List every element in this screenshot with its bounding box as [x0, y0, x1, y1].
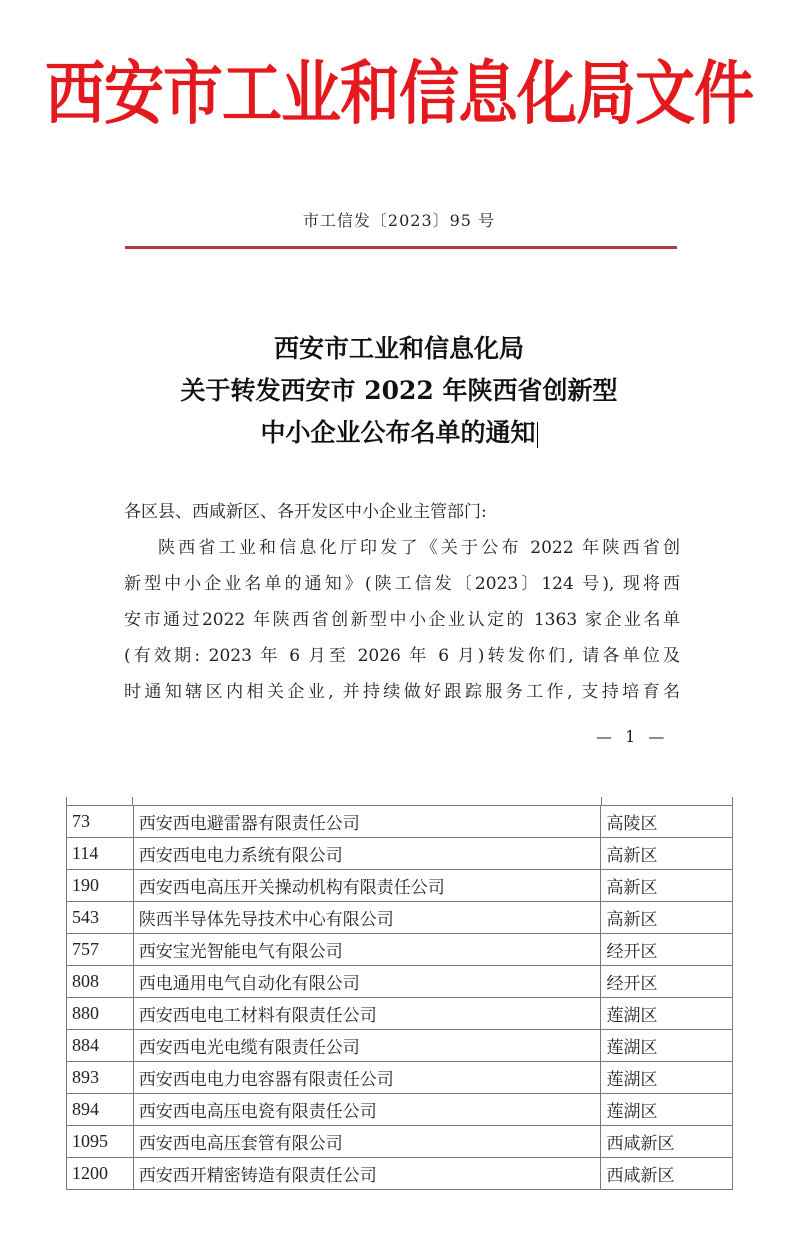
- company-name: 西安西电光电缆有限责任公司: [133, 1030, 601, 1062]
- table-row: 1095西安西电高压套管有限公司西咸新区: [67, 1126, 733, 1158]
- document-masthead: 西安市工业和信息化局文件: [0, 48, 798, 140]
- table-row: 543陕西半导体先导技术中心有限公司高新区: [67, 902, 733, 934]
- company-name: 西安西电避雷器有限责任公司: [133, 806, 601, 838]
- district-name: 高新区: [601, 902, 733, 934]
- company-name: 西安西开精密铸造有限责任公司: [133, 1158, 601, 1190]
- body-line-2: 新型中小企业名单的通知》(陕工信发〔2023〕124 号), 现将西: [124, 566, 680, 602]
- company-name: 西安西电高压套管有限公司: [133, 1126, 601, 1158]
- title-line-2: 关于转发西安市 2022 年陕西省创新型: [0, 370, 798, 412]
- row-number: 543: [67, 902, 134, 934]
- body-line-1: 陕西省工业和信息化厅印发了《关于公布 2022 年陕西省创: [124, 530, 680, 566]
- table-row: 73西安西电避雷器有限责任公司高陵区: [67, 806, 733, 838]
- district-name: 经开区: [601, 934, 733, 966]
- body-line-5: 时通知辖区内相关企业, 并持续做好跟踪服务工作, 支持培育名: [124, 674, 680, 710]
- company-name: 西安西电高压电瓷有限责任公司: [133, 1094, 601, 1126]
- row-number: 808: [67, 966, 134, 998]
- row-number: 880: [67, 998, 134, 1030]
- table-row: 114西安西电电力系统有限公司高新区: [67, 838, 733, 870]
- table-border-stub: [732, 797, 733, 805]
- district-name: 高新区: [601, 838, 733, 870]
- district-name: 西咸新区: [601, 1158, 733, 1190]
- title-line-3: 中小企业公布名单的通知: [0, 412, 798, 454]
- row-number: 884: [67, 1030, 134, 1062]
- row-number: 1095: [67, 1126, 134, 1158]
- district-name: 高新区: [601, 870, 733, 902]
- title-line-3-text: 中小企业公布名单的通知: [260, 418, 535, 447]
- table-row: 757西安宝光智能电气有限公司经开区: [67, 934, 733, 966]
- row-number: 114: [67, 838, 134, 870]
- company-name: 西电通用电气自动化有限公司: [133, 966, 601, 998]
- table-row: 808西电通用电气自动化有限公司经开区: [67, 966, 733, 998]
- red-divider-rule: [125, 246, 677, 249]
- row-number: 894: [67, 1094, 134, 1126]
- district-name: 高陵区: [601, 806, 733, 838]
- row-number: 73: [67, 806, 134, 838]
- table-row: 880西安西电电工材料有限责任公司莲湖区: [67, 998, 733, 1030]
- row-number: 1200: [67, 1158, 134, 1190]
- enterprise-list-table: 73西安西电避雷器有限责任公司高陵区114西安西电电力系统有限公司高新区190西…: [66, 805, 733, 1190]
- body-line-4: (有效期: 2023 年 6 月至 2026 年 6 月)转发你们, 请各单位及: [124, 638, 680, 674]
- company-name: 西安宝光智能电气有限公司: [133, 934, 601, 966]
- company-name: 陕西半导体先导技术中心有限公司: [133, 902, 601, 934]
- district-name: 莲湖区: [601, 1062, 733, 1094]
- document-number: 市工信发〔2023〕95 号: [0, 208, 798, 231]
- salutation: 各区县、西咸新区、各开发区中小企业主管部门:: [124, 494, 680, 530]
- row-number: 757: [67, 934, 134, 966]
- company-name: 西安西电高压开关操动机构有限责任公司: [133, 870, 601, 902]
- table-row: 894西安西电高压电瓷有限责任公司莲湖区: [67, 1094, 733, 1126]
- company-name: 西安西电电力系统有限公司: [133, 838, 601, 870]
- table-row: 1200西安西开精密铸造有限责任公司西咸新区: [67, 1158, 733, 1190]
- document-title: 西安市工业和信息化局 关于转发西安市 2022 年陕西省创新型 中小企业公布名单…: [0, 328, 798, 454]
- table-row: 190西安西电高压开关操动机构有限责任公司高新区: [67, 870, 733, 902]
- table-row: 893西安西电电力电容器有限责任公司莲湖区: [67, 1062, 733, 1094]
- page-number: — 1 —: [596, 727, 668, 746]
- table-border-stub: [132, 797, 133, 805]
- company-name: 西安西电电工材料有限责任公司: [133, 998, 601, 1030]
- body-line-3: 安市通过2022 年陕西省创新型中小企业认定的 1363 家企业名单: [124, 602, 680, 638]
- district-name: 莲湖区: [601, 1030, 733, 1062]
- title-line-1: 西安市工业和信息化局: [0, 328, 798, 370]
- text-cursor: [537, 422, 538, 448]
- table-border-stub: [66, 797, 67, 805]
- company-name: 西安西电电力电容器有限责任公司: [133, 1062, 601, 1094]
- district-name: 莲湖区: [601, 998, 733, 1030]
- district-name: 经开区: [601, 966, 733, 998]
- district-name: 西咸新区: [601, 1126, 733, 1158]
- row-number: 190: [67, 870, 134, 902]
- table-row: 884西安西电光电缆有限责任公司莲湖区: [67, 1030, 733, 1062]
- document-body: 各区县、西咸新区、各开发区中小企业主管部门: 陕西省工业和信息化厅印发了《关于公…: [124, 494, 680, 710]
- table-border-stub: [601, 797, 602, 805]
- district-name: 莲湖区: [601, 1094, 733, 1126]
- row-number: 893: [67, 1062, 134, 1094]
